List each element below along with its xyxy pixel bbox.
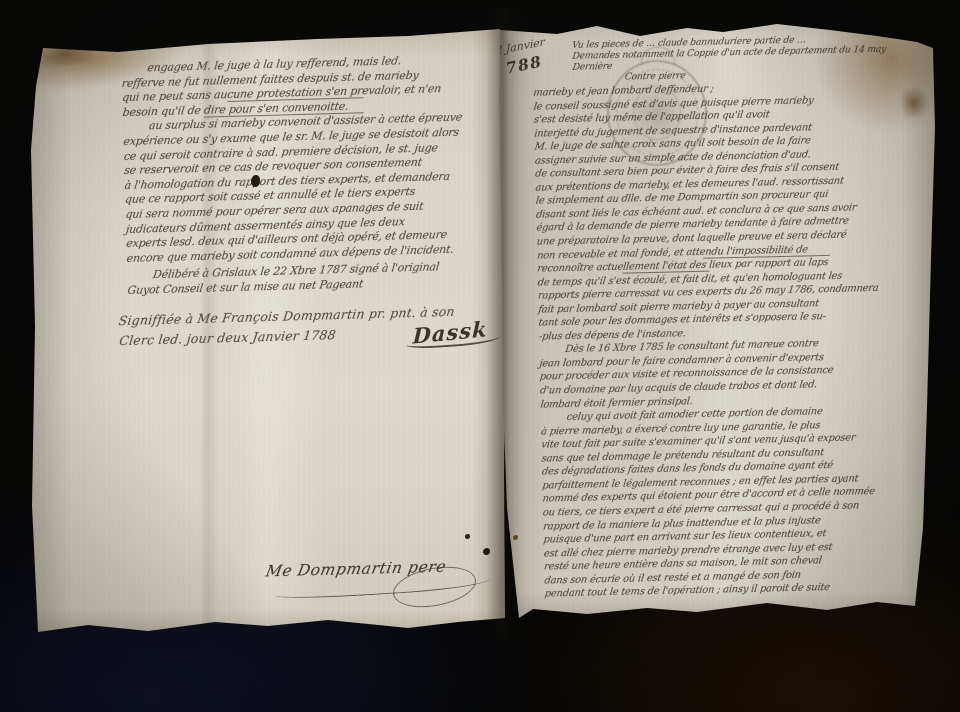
ink-blot [483, 548, 490, 555]
paper-tear-speck [485, 22, 490, 27]
right-header-lines: Vu les pieces de … claude bannuduriere p… [571, 32, 928, 84]
left-body-paragraphs: engagea M. le juge à la luy refferend, m… [120, 51, 526, 266]
photo-backdrop: engagea M. le juge à la luy refferend, m… [0, 0, 960, 712]
left-page: engagea M. le juge à la luy refferend, m… [28, 26, 506, 640]
paper-tear-speck [860, 16, 866, 21]
right-page-text: 2 Janvier 788 Vu les pieces de … claude … [515, 29, 940, 602]
ink-blot [465, 534, 470, 539]
folio-annotation: 2 Janvier 788 [495, 39, 546, 74]
stain-top-left-dark [28, 32, 102, 74]
right-body-lines: marieby et jean lombard deffendeur ;le c… [532, 78, 940, 602]
ink-blot [513, 535, 518, 540]
right-page: 2 Janvier 788 Vu les pieces de … claude … [497, 8, 937, 622]
ink-blot [251, 175, 260, 187]
left-page-text: engagea M. le juge à la luy refferend, m… [120, 51, 528, 351]
paper-tear-speck [700, 12, 707, 18]
signature-dompmartin-block: Me Dompmartin pere [266, 558, 447, 581]
folio-number: 788 [504, 51, 547, 77]
service-note-block: Signiffiée à Me François Dompmartin pr. … [117, 300, 528, 351]
